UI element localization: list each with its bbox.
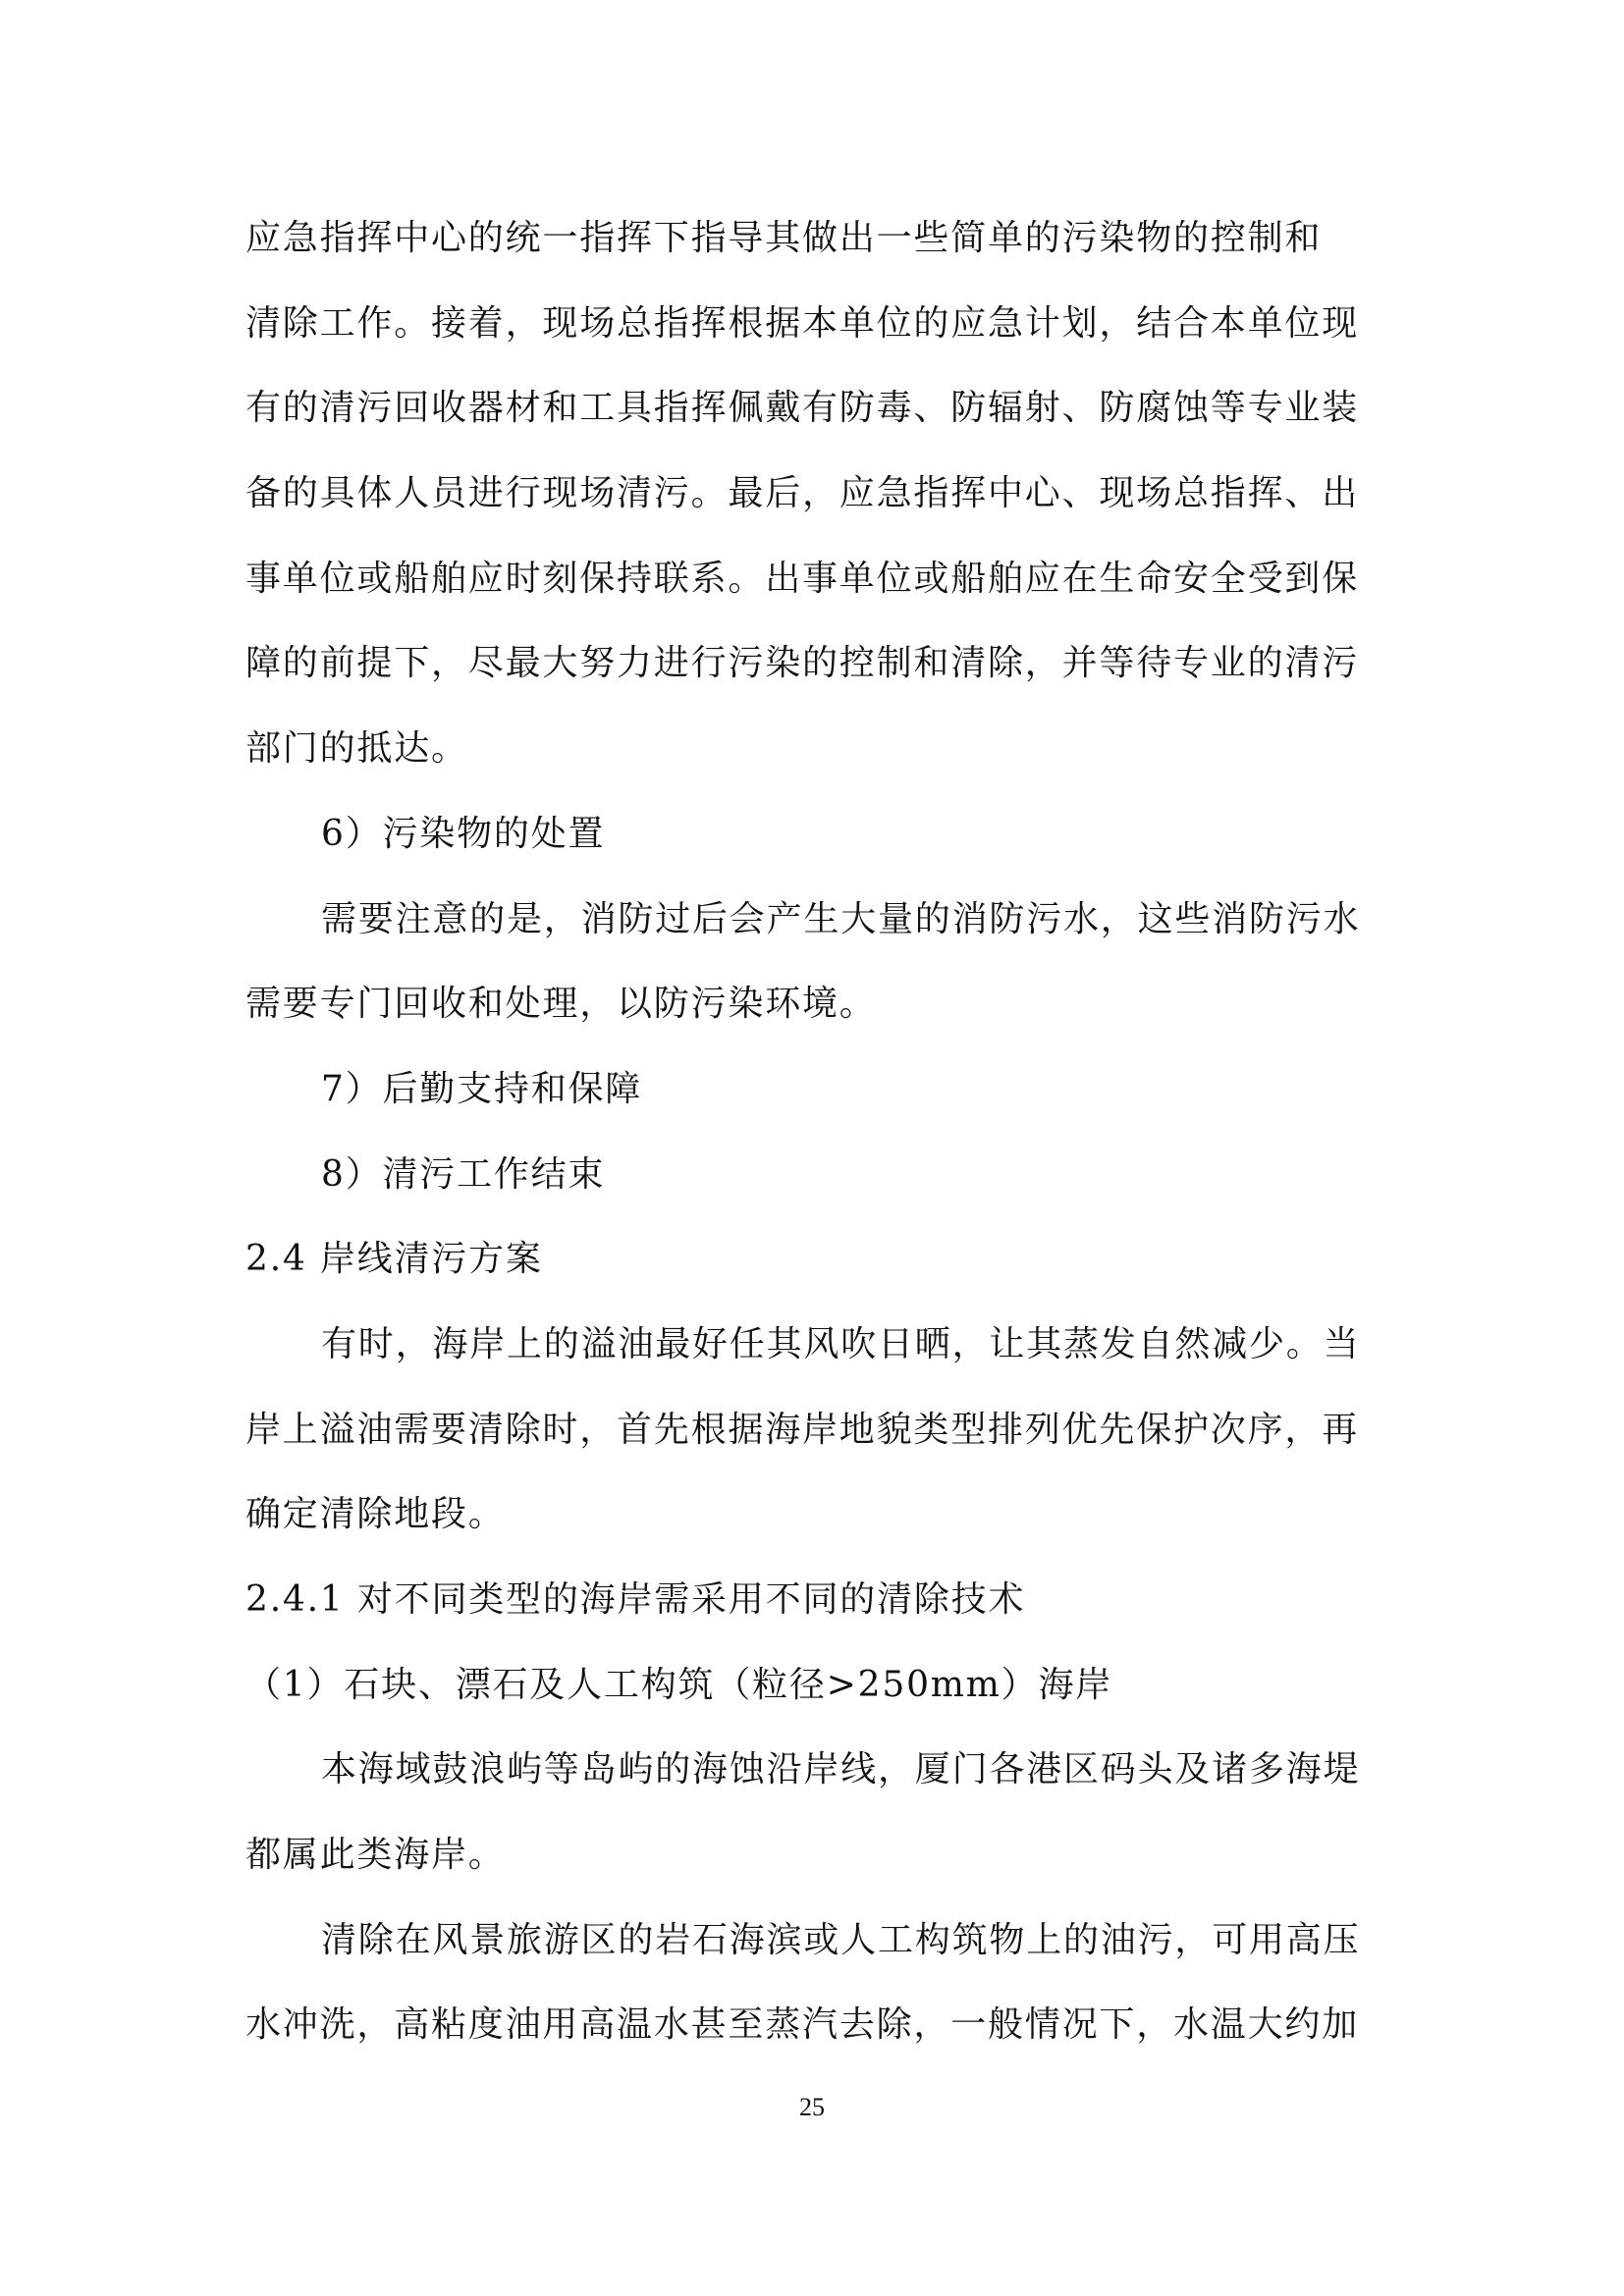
section-heading: 2.4 岸线清污方案 [245, 1217, 1384, 1303]
paragraph-line: 应急指挥中心的统一指挥下指导其做出一些简单的污染物的控制和 [245, 196, 1384, 282]
list-item-heading: 8）清污工作结束 [245, 1133, 1384, 1218]
paragraph-line: 确定清除地段。 [245, 1472, 1384, 1558]
paragraph-line: 清除工作。接着，现场总指挥根据本单位的应急计划，结合本单位现 [245, 282, 1384, 367]
page-number: 25 [0, 2093, 1624, 2122]
list-item-heading: 6）污染物的处置 [245, 792, 1384, 878]
paragraph-line: 需要专门回收和处理，以防污染环境。 [245, 962, 1384, 1047]
paragraph-line: 水冲洗，高粘度油用高温水甚至蒸汽去除，一般情况下，水温大约加 [245, 1983, 1384, 2068]
subsection-heading: 2.4.1 对不同类型的海岸需采用不同的清除技术 [245, 1558, 1384, 1643]
paragraph-line: 部门的抵达。 [245, 707, 1384, 792]
paragraph-line: 有的清污回收器材和工具指挥佩戴有防毒、防辐射、防腐蚀等专业装 [245, 366, 1384, 452]
paragraph-line: 本海域鼓浪屿等岛屿的海蚀沿岸线，厦门各港区码头及诸多海堤 [245, 1728, 1384, 1813]
paragraph-line: 都属此类海岸。 [245, 1813, 1384, 1898]
paragraph-line: 岸上溢油需要清除时，首先根据海岸地貌类型排列优先保护次序，再 [245, 1388, 1384, 1473]
paragraph-line: 需要注意的是，消防过后会产生大量的消防污水，这些消防污水 [245, 878, 1384, 963]
paragraph-line: 有时，海岸上的溢油最好任其风吹日晒，让其蒸发自然减少。当 [245, 1303, 1384, 1388]
paragraph-line: 备的具体人员进行现场清污。最后，应急指挥中心、现场总指挥、出 [245, 452, 1384, 537]
list-item-heading: 7）后勤支持和保障 [245, 1047, 1384, 1133]
document-page: 应急指挥中心的统一指挥下指导其做出一些简单的污染物的控制和 清除工作。接着，现场… [0, 0, 1624, 2296]
document-body: 应急指挥中心的统一指挥下指导其做出一些简单的污染物的控制和 清除工作。接着，现场… [245, 196, 1384, 2068]
paragraph-line: 障的前提下，尽最大努力进行污染的控制和清除，并等待专业的清污 [245, 621, 1384, 707]
paragraph-line: 清除在风景旅游区的岩石海滨或人工构筑物上的油污，可用高压 [245, 1898, 1384, 1984]
paragraph-line: 事单位或船舶应时刻保持联系。出事单位或船舶应在生命安全受到保 [245, 537, 1384, 622]
list-item-heading: （1）石块、漂石及人工构筑（粒径>250mm）海岸 [245, 1643, 1384, 1729]
